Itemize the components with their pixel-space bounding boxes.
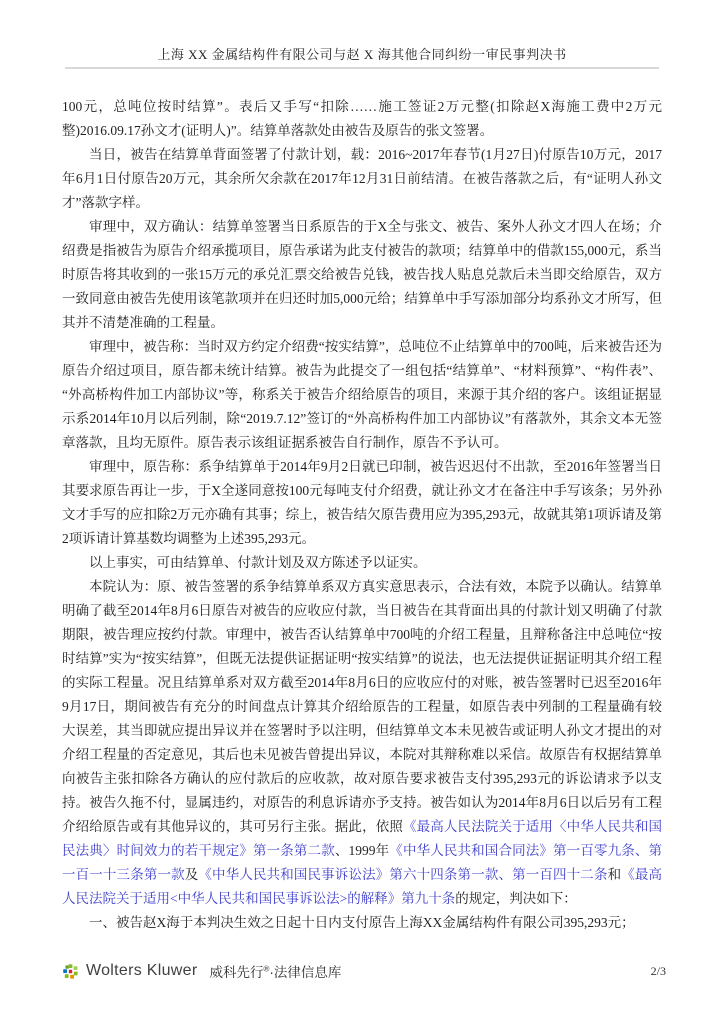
judgment-document-page: 上海 XX 金属结构件有限公司与赵 X 海其他合同纠纷一审民事判决书 100元，… bbox=[0, 0, 724, 1024]
header-divider bbox=[65, 67, 659, 69]
paragraph-facts-evidence: 以上事实，可由结算单、付款计划及双方陈述予以证实。 bbox=[62, 551, 662, 575]
page-header: 上海 XX 金属结构件有限公司与赵 X 海其他合同纠纷一审民事判决书 bbox=[65, 0, 659, 69]
paragraph-text: 审理中，双方确认：结算单签署当日系原告的于X全与张文、被告、案外人孙文才四人在场… bbox=[62, 219, 662, 330]
law-citation-link[interactable]: 《中华人民共和国民事诉讼法》第六十四条第一款、第一百四十二条 bbox=[198, 867, 607, 882]
paragraph-judgment-item-1: 一、被告赵X海于本判决生效之日起十日内支付原告上海XX金属结构件有限公司395,… bbox=[62, 911, 662, 935]
paragraph-payment-plan: 当日，被告在结算单背面签署了付款计划，载：2016~2017年春节(1月27日)… bbox=[62, 143, 662, 215]
brand-name: Wolters Kluwer bbox=[86, 962, 198, 980]
paragraph-text: 的规定，判决如下： bbox=[455, 891, 577, 906]
paragraph-text: 一、被告赵X海于本判决生效之日起十日内支付原告上海XX金属结构件有限公司395,… bbox=[89, 915, 635, 930]
paragraph-text: 当日，被告在结算单背面签署了付款计划，载：2016~2017年春节(1月27日)… bbox=[62, 147, 662, 210]
paragraph-text: 本院认为：原、被告签署的系争结算单系双方真实意思表示，合法有效，本院予以确认。结… bbox=[62, 579, 662, 834]
paragraph-text: 100元，总吨位按时结算”。表后又手写“扣除……施工签证2万元整(扣除赵X海施工… bbox=[62, 99, 662, 138]
paragraph-text: 、1999年 bbox=[335, 843, 389, 858]
paragraph-settlement-note-continued: 100元，总吨位按时结算”。表后又手写“扣除……施工签证2万元整(扣除赵X海施工… bbox=[62, 95, 662, 143]
page-footer: Wolters Kluwer 威科先行®·法律信息库 2/3 bbox=[62, 958, 666, 984]
paragraph-both-parties-confirm: 审理中，双方确认：结算单签署当日系原告的于X全与张文、被告、案外人孙文才四人在场… bbox=[62, 215, 662, 335]
document-title: 上海 XX 金属结构件有限公司与赵 X 海其他合同纠纷一审民事判决书 bbox=[65, 47, 659, 63]
paragraph-text: 以上事实，可由结算单、付款计划及双方陈述予以证实。 bbox=[89, 555, 427, 570]
paragraph-text: 及 bbox=[185, 867, 199, 882]
wolters-kluwer-pinwheel-icon bbox=[62, 963, 79, 980]
paragraph-text: 审理中，被告称：当时双方约定介绍费“按实结算”，总吨位不止结算单中的700吨，后… bbox=[62, 339, 662, 450]
wolters-kluwer-brand: Wolters Kluwer 威科先行®·法律信息库 bbox=[62, 961, 341, 981]
paragraph-court-opinion: 本院认为：原、被告签署的系争结算单系双方真实意思表示，合法有效，本院予以确认。结… bbox=[62, 575, 662, 911]
document-body: 100元，总吨位按时结算”。表后又手写“扣除……施工签证2万元整(扣除赵X海施工… bbox=[62, 95, 662, 935]
paragraph-defendant-statement: 审理中，被告称：当时双方约定介绍费“按实结算”，总吨位不止结算单中的700吨，后… bbox=[62, 335, 662, 455]
paragraph-plaintiff-statement: 审理中，原告称：系争结算单于2014年9月2日就已印制，被告迟迟付不出款，至20… bbox=[62, 455, 662, 551]
paragraph-text: 和 bbox=[608, 867, 622, 882]
paragraph-text: 审理中，原告称：系争结算单于2014年9月2日就已印制，被告迟迟付不出款，至20… bbox=[62, 459, 662, 546]
brand-name-cn: 威科先行®·法律信息库 bbox=[210, 961, 342, 981]
page-number: 2/3 bbox=[651, 964, 666, 979]
